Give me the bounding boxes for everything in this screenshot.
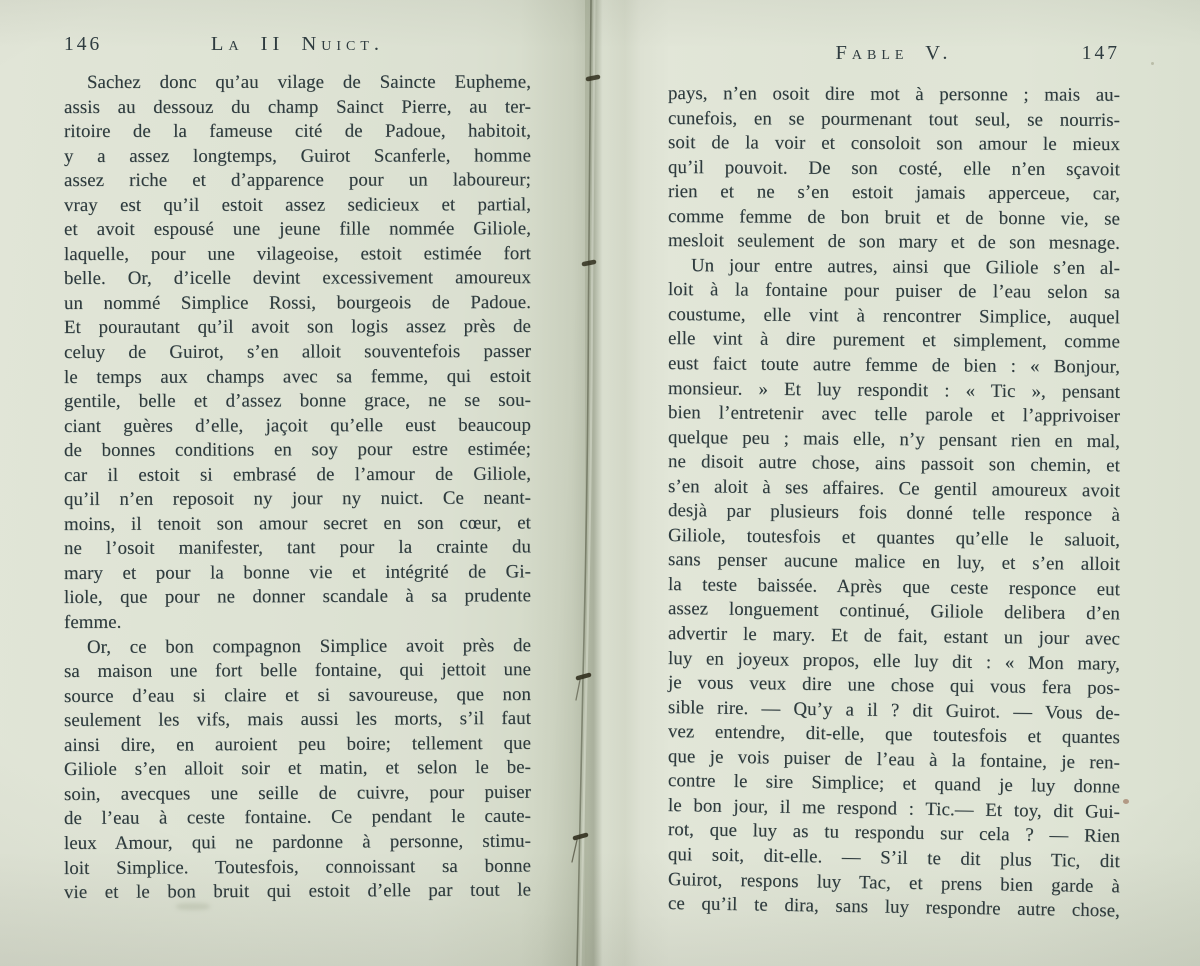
text-line: ne l’osoit manifester, tant pour la crai… <box>64 536 531 562</box>
text-line: belle. Or, d’icelle devint excessivement… <box>64 266 531 291</box>
text-line: mesloit seulement de son mary et de son … <box>668 229 1120 256</box>
text-line: Giliole s’en alloit soir et matin, et se… <box>64 756 531 783</box>
right-page: Fable V. 147 pays, n’en osoit dire mot à… <box>585 0 1200 966</box>
left-page-number: 146 <box>64 34 102 56</box>
text-line: Sachez donc qu’au vilage de Saincte Euph… <box>64 71 531 96</box>
text-line: cunefois, en se pourmenant tout seul, se… <box>668 107 1120 133</box>
text-line: loit à la fontaine pour puiser de l’eau … <box>668 278 1120 306</box>
text-line: pays, n’en osoit dire mot à personne ; m… <box>668 82 1120 108</box>
text-line: vie et le bon bruit qui estoit d’elle pa… <box>64 878 531 905</box>
right-running-head: Fable V. <box>668 42 1120 65</box>
text-line: source d’eau si claire et si savoureuse,… <box>64 683 531 710</box>
text-line: bien l’entretenir avec telle parole et l… <box>668 401 1120 430</box>
left-page-header: 146 La II Nuict. <box>64 33 531 56</box>
text-line: comme femme de bon bruit et de bonne vie… <box>668 205 1120 232</box>
book-photo: 146 La II Nuict. Sachez donc qu’au vilag… <box>0 0 1200 966</box>
right-page-number: 147 <box>1082 43 1120 65</box>
text-line: de l’eau à ceste fontaine. Ce pendant le… <box>64 805 531 832</box>
text-line: eust faict toute autre femme de bien : «… <box>668 352 1120 380</box>
text-line: ritoire de la fameuse cité de Padoue, ha… <box>64 120 531 145</box>
text-line: qu’il n’en reposoit ny jour ny nuict. Ce… <box>64 487 531 513</box>
text-line: assez riche et d’apparence pour un labou… <box>64 169 531 194</box>
text-line: assis au dessouz du champ Sainct Pierre,… <box>64 95 531 120</box>
text-line: celuy de Guirot, s’en alloit souventefoi… <box>64 340 531 366</box>
right-text-column: pays, n’en osoit dire mot à personne ; m… <box>668 82 1120 917</box>
text-line: mary et pour la bonne vie et intégrité d… <box>64 560 531 586</box>
text-line: vray est qu’il estoit assez sedicieux et… <box>64 193 531 218</box>
text-line: Et pourautant qu’il avoit son logis asse… <box>64 315 531 341</box>
text-line: car il estoit si embrasé de l’amour de G… <box>64 462 531 488</box>
text-line: liole, que pour ne donner scandale à sa … <box>64 585 531 611</box>
text-line: y a assez longtemps, Guirot Scanferle, h… <box>64 144 531 169</box>
text-line: seulement les vifs, mais aussi les morts… <box>64 707 531 734</box>
text-line: un nommé Simplice Rossi, bourgeois de Pa… <box>64 291 531 317</box>
text-line: de bonnes conditions en soy pour estre e… <box>64 438 531 464</box>
text-line: sa maison une fort belle fontaine, qui j… <box>64 658 531 685</box>
text-line: qu’il pouvoit. De son costé, elle n’en s… <box>668 156 1120 183</box>
text-line: ciant guères d’elle, jaçoit qu’elle eust… <box>64 413 531 439</box>
left-text-column: Sachez donc qu’au vilage de Saincte Euph… <box>64 71 531 906</box>
text-line: gentile, belle et d’assez bonne grace, n… <box>64 389 531 415</box>
text-line: Un jour entre autres, ainsi que Giliole … <box>668 254 1120 281</box>
text-line: femme. <box>64 609 531 635</box>
left-running-head: La II Nuict. <box>64 33 531 56</box>
left-page: 146 La II Nuict. Sachez donc qu’au vilag… <box>0 0 585 966</box>
text-line: leux Amour, qui ne pardonne à personne, … <box>64 830 531 857</box>
text-line: loit Simplice. Toutesfois, connoissant s… <box>64 854 531 881</box>
text-line: ainsi dire, en auroient peu boire; telle… <box>64 732 531 759</box>
text-line: laquelle, pour une vilageoise, estoit es… <box>64 242 531 267</box>
text-line: soin, avecques une seille de cuivre, pou… <box>64 781 531 808</box>
text-line: le temps aux champs avec sa femme, qui e… <box>64 364 531 390</box>
text-line: soit de la voir et consoloit son amour l… <box>668 131 1120 158</box>
text-line: Or, ce bon compagnon Simplice avoit près… <box>64 634 531 660</box>
right-page-header: Fable V. 147 <box>668 42 1120 65</box>
text-line: moins, il tenoit son amour secret en son… <box>64 511 531 537</box>
text-line: et avoit espousé une jeune fille nommée … <box>64 217 531 242</box>
text-line: rien et ne s’en estoit jamais apperceue,… <box>668 180 1120 207</box>
text-line: elle vint à dire purement et simplement,… <box>668 327 1120 355</box>
